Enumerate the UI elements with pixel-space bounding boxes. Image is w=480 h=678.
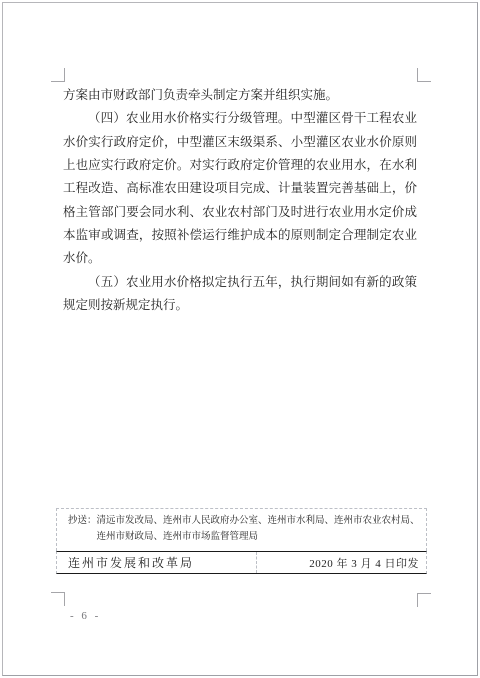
issuer-row: 连州市发展和改革局 2020 年 3 月 4 日印发: [56, 551, 427, 574]
body-text: 方案由市财政部门负责牵头制定方案并组织实施。（四）农业用水价格实行分级管理。中型…: [63, 84, 417, 317]
text-line: 水价。: [63, 247, 417, 270]
crop-mark-bottom-right: [417, 593, 431, 607]
crop-mark-top-left: [51, 68, 65, 82]
text-line: 方案由市财政部门负责牵头制定方案并组织实施。: [63, 84, 417, 107]
text-line: 工程改造、高标准农田建设项目完成、计量装置完善基础上，价: [63, 177, 417, 200]
text-line: （五）农业用水价格拟定执行五年，执行期间如有新的政策: [63, 271, 417, 294]
cc-list: 清远市发改局、连州市人民政府办公室、连州市水利局、连州市农业农村局、 连州市财政…: [97, 514, 418, 551]
text-line: 本监审或调查，按照补偿运行维护成本的原则制定合理制定农业: [63, 224, 417, 247]
print-date: 2020 年 3 月 4 日印发: [309, 555, 419, 571]
footer-table: 抄送： 清远市发改局、连州市人民政府办公室、连州市水利局、连州市农业农村局、 连…: [56, 508, 427, 574]
text-line: （四）农业用水价格实行分级管理。中型灌区骨干工程农业: [63, 107, 417, 130]
print-date-cell: 2020 年 3 月 4 日印发: [257, 552, 426, 573]
text-line: 格主管部门要会同水利、农业农村部门及时进行农业用水定价成: [63, 201, 417, 224]
cc-row: 抄送： 清远市发改局、连州市人民政府办公室、连州市水利局、连州市农业农村局、 连…: [56, 508, 427, 551]
cc-label: 抄送：: [68, 514, 97, 551]
text-line: 水价实行政府定价，中型灌区末级渠系、小型灌区农业水价原则: [63, 131, 417, 154]
issuer-cell: 连州市发展和改革局: [57, 552, 257, 573]
cc-list-line-1: 清远市发改局、连州市人民政府办公室、连州市水利局、连州市农业农村局、: [97, 514, 418, 530]
text-line: 规定则按新规定执行。: [63, 294, 417, 317]
issuer-name: 连州市发展和改革局: [68, 554, 194, 571]
cc-list-line-2: 连州市财政局、连州市市场监督管理局: [97, 530, 418, 546]
crop-mark-top-right: [417, 68, 431, 82]
crop-mark-bottom-left: [51, 592, 65, 606]
page-number: - 6 -: [70, 610, 101, 622]
document-page: 方案由市财政部门负责牵头制定方案并组织实施。（四）农业用水价格实行分级管理。中型…: [0, 0, 480, 678]
text-line: 上也应实行政府定价。对实行政府定价管理的农业用水，在水利: [63, 154, 417, 177]
